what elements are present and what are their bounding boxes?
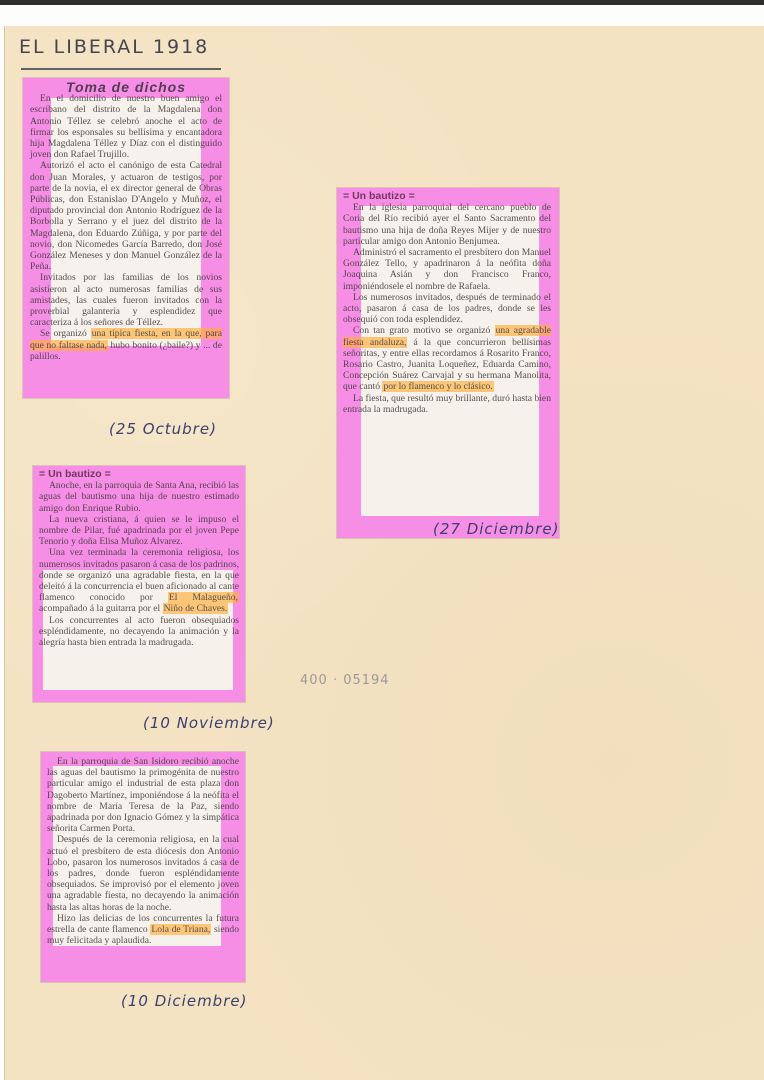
marker-highlight: Niño de Chaves.	[163, 603, 229, 614]
newspaper-header: EL LIBERAL 1918	[19, 36, 209, 58]
paragraph: Autorizó el acto el canónigo de esta Cat…	[30, 160, 222, 272]
clipping-title: Toma de dichos	[30, 82, 222, 93]
header-underline	[21, 68, 221, 70]
archive-page: EL LIBERAL 1918 Toma de dichos En el dom…	[4, 26, 764, 1080]
paragraph: Los concurrentes al acto fueron obsequia…	[39, 615, 239, 649]
date-note: (10 Noviembre)	[143, 714, 275, 732]
clipping-toma-de-dichos: Toma de dichos En el domicilio de nuestr…	[23, 78, 229, 398]
clipping-body: En la parroquia de San Isidoro recibió a…	[47, 756, 239, 946]
paragraph: Hizo las delicias de los concurrentes la…	[47, 913, 239, 947]
clipping-un-bautizo-santa-ana: = Un bautizo = Anoche, en la parroquia d…	[33, 466, 245, 702]
paragraph: En la parroquia de San Isidoro recibió a…	[47, 756, 239, 834]
marker-highlight: Lola de Triana,	[150, 924, 211, 935]
clipping-un-bautizo-coria: = Un bautizo = En la iglesia parroquial …	[337, 188, 559, 538]
scanner-edge	[0, 0, 764, 5]
paragraph: Con tan grato motivo se organizó una agr…	[343, 325, 551, 392]
paragraph: Administró el sacramento el presbítero d…	[343, 247, 551, 292]
paragraph: La nueva cristiana, á quien se le impuso…	[39, 514, 239, 548]
marker-highlight: por lo flamenco y lo clásico.	[382, 381, 493, 392]
clipping-bautizo-san-isidoro: En la parroquia de San Isidoro recibió a…	[41, 752, 245, 982]
paragraph: La fiesta, que resultó muy brillante, du…	[343, 393, 551, 415]
clipping-title: Un bautizo	[352, 190, 406, 202]
paragraph: Una vez terminada la ceremonia religiosa…	[39, 547, 239, 614]
clipping-body: = Un bautizo = En la iglesia parroquial …	[343, 191, 551, 415]
paragraph: Se organizó una típica fiesta, en la que…	[30, 328, 222, 362]
paragraph: Los numerosos invitados, después de term…	[343, 292, 551, 326]
scanned-document: EL LIBERAL 1918 Toma de dichos En el dom…	[0, 0, 764, 1080]
clipping-body: Toma de dichos En el domicilio de nuestr…	[30, 82, 222, 362]
paragraph: En el domicilio de nuestro buen amigo el…	[30, 93, 222, 160]
date-note: (10 Diciembre)	[121, 992, 247, 1010]
clipping-body: = Un bautizo = Anoche, en la parroquia d…	[39, 469, 239, 648]
marker-highlight: El Malagueño,	[168, 592, 239, 603]
paragraph: En la iglesia parroquial del cercano pue…	[343, 202, 551, 247]
paragraph: Invitados por las familias de los novios…	[30, 272, 222, 328]
date-note: (25 Octubre)	[109, 420, 217, 438]
clipping-title: Un bautizo	[48, 468, 102, 480]
archive-code: 400 · 05194	[300, 673, 390, 688]
paragraph: Anoche, en la parroquia de Santa Ana, re…	[39, 480, 239, 514]
paragraph: Después de la ceremonia religiosa, en la…	[47, 834, 239, 912]
date-note: (27 Diciembre)	[433, 520, 559, 538]
